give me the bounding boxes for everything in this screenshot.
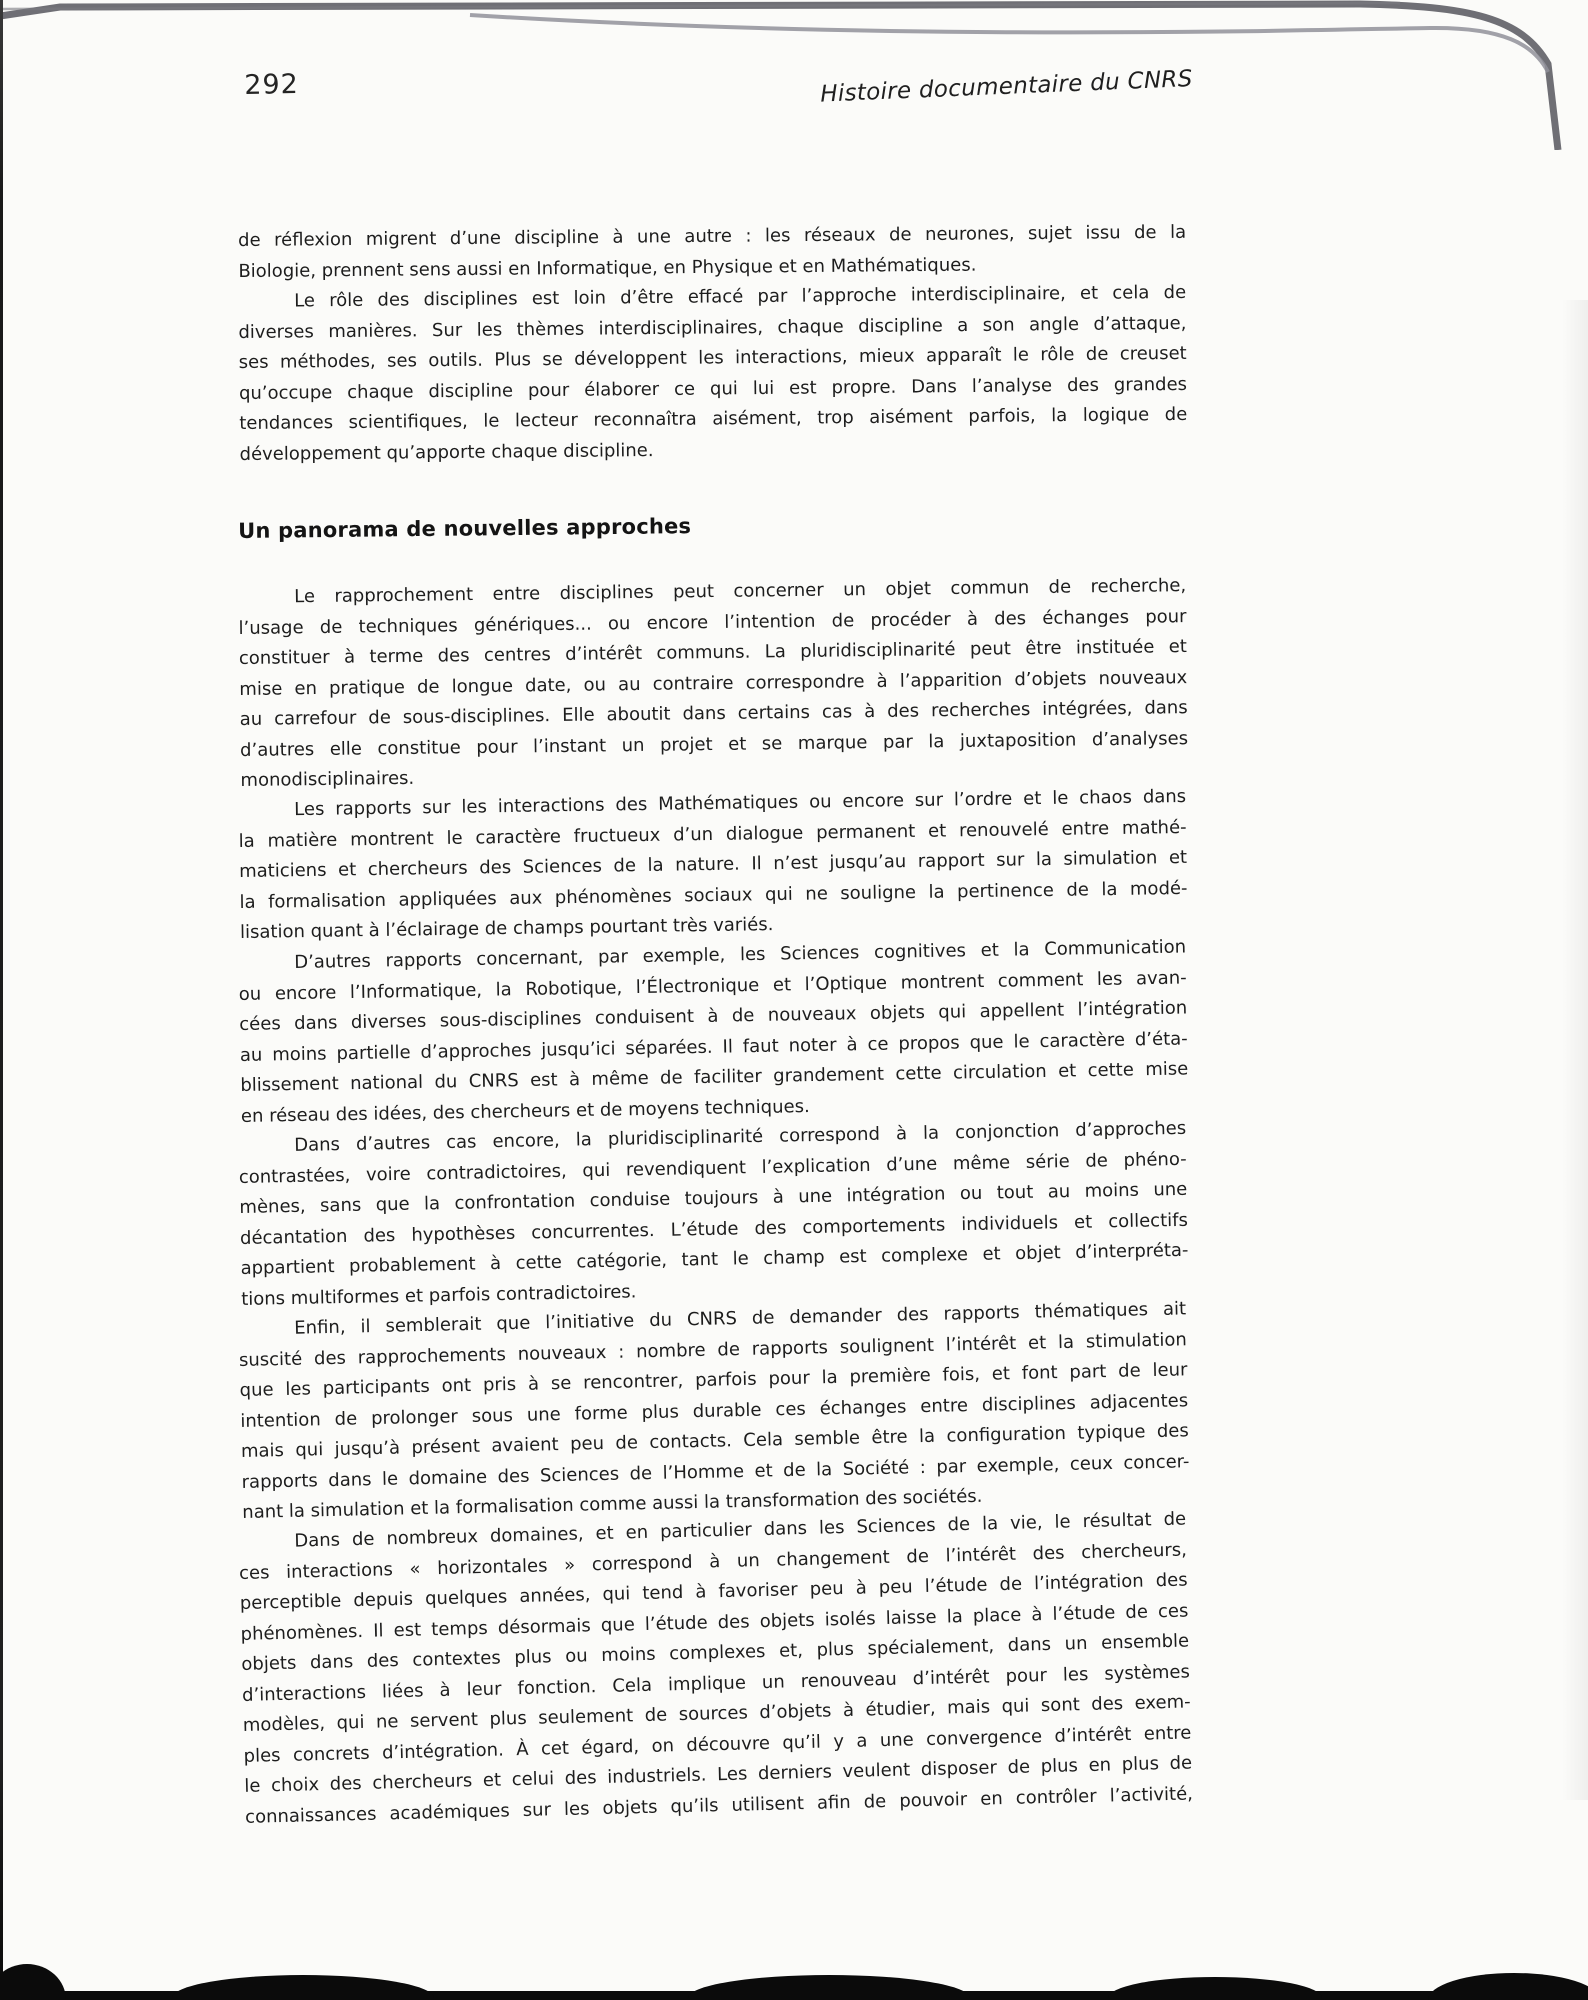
scan-blob — [688, 1975, 970, 1998]
paragraph: Dans d’autres cas encore, la pluridiscip… — [238, 1113, 1189, 1314]
scan-bottom-edge — [0, 1948, 1588, 2000]
section-heading: Un panorama de nouvelles approches — [238, 506, 1186, 547]
page-top-edge-curl — [0, 0, 1588, 150]
page-number: 292 — [244, 69, 299, 101]
paragraph: de réflexion migrent d’une discipline à … — [238, 218, 1186, 287]
page-curve-shadow — [1568, 26, 1588, 326]
paragraph: Le rôle des disciplines est loin d’être … — [238, 278, 1188, 470]
scan-blob — [0, 1964, 66, 2000]
paragraph: Enfin, il semblerait que l’initiative du… — [238, 1294, 1190, 1528]
scan-blob — [1108, 1977, 1322, 1998]
scan-left-edge-line — [0, 0, 3, 1996]
page-edge-shading — [1562, 300, 1588, 1800]
scan-blob — [1428, 1973, 1588, 2000]
scanned-book-page: 292 Histoire documentaire du CNRS de réf… — [0, 0, 1588, 2000]
paragraph: Les rapports sur les interactions des Ma… — [238, 782, 1188, 949]
paragraph: Le rapprochement entre disciplines peut … — [238, 571, 1189, 796]
paragraph: Dans de nombreux domaines, et en particu… — [238, 1505, 1193, 1833]
text-block: de réflexion migrent d’une discipline à … — [238, 226, 1186, 1833]
paragraph: D’autres rapports concernant, par exempl… — [238, 932, 1189, 1132]
running-title: Histoire documentaire du CNRS — [780, 66, 1193, 109]
scan-blob — [172, 1975, 434, 1998]
